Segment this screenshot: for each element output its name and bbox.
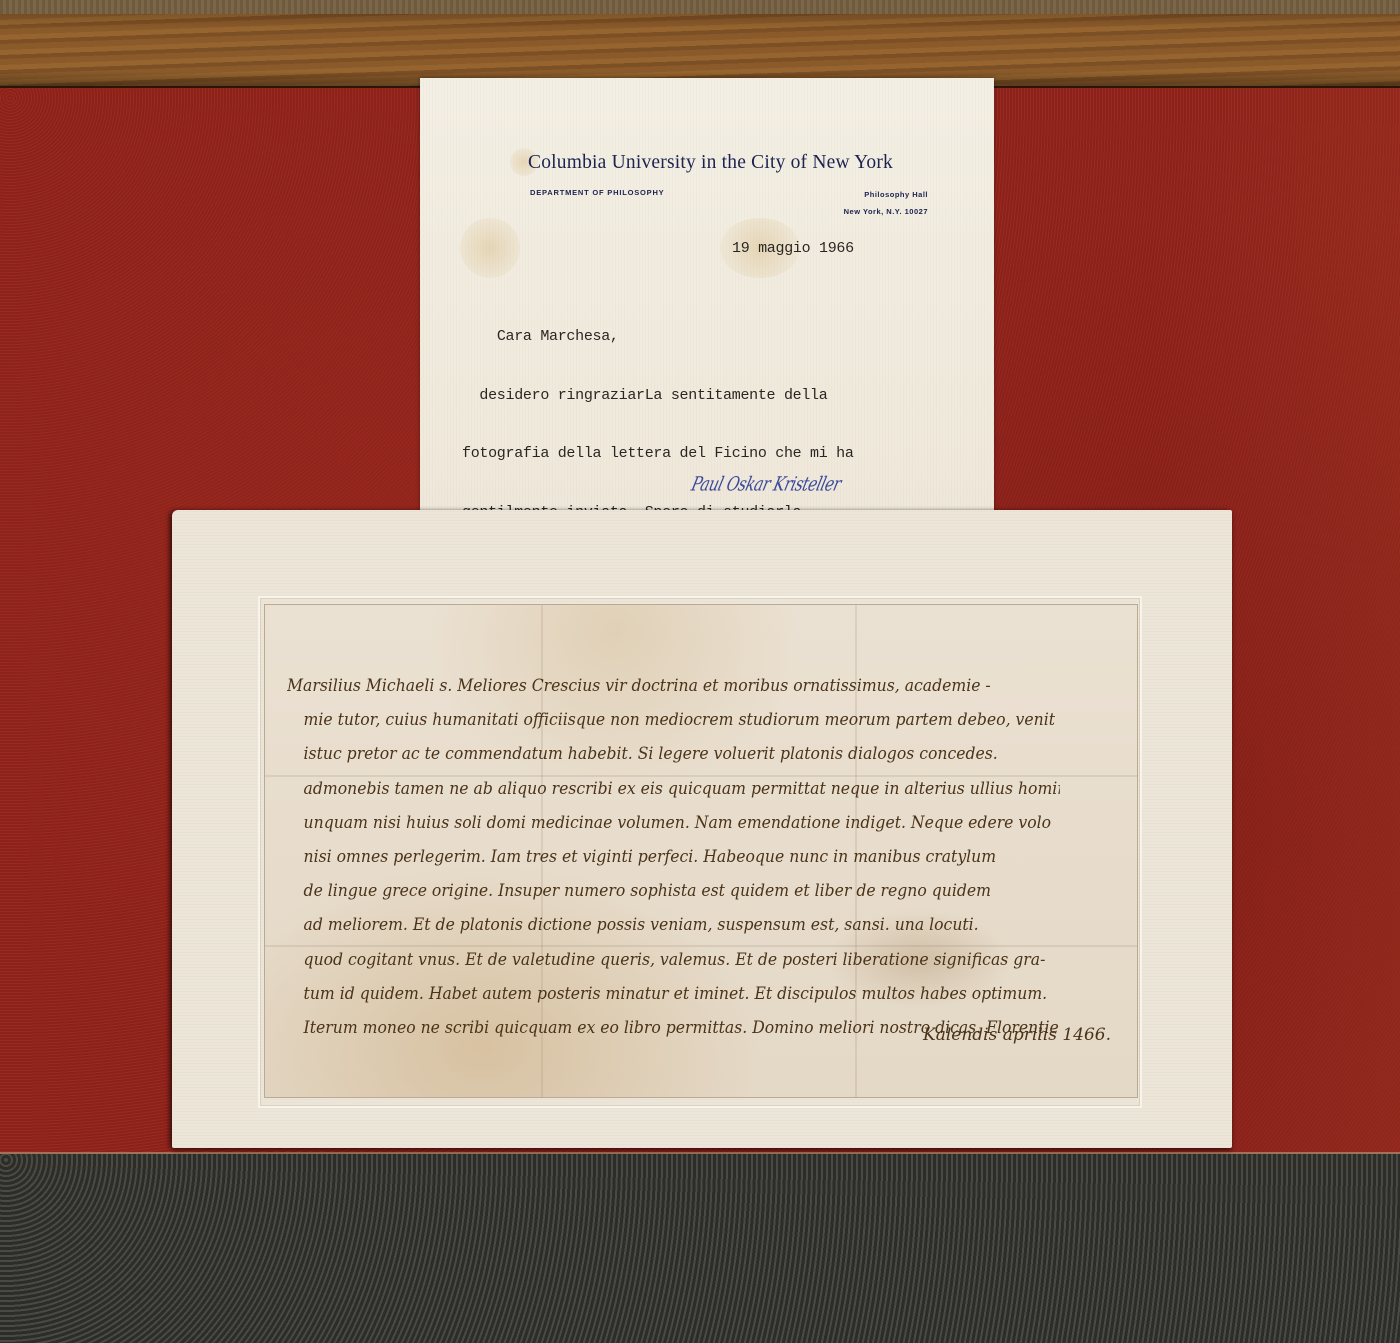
- salutation-text: Cara Marchesa,: [497, 328, 619, 345]
- manuscript-line: admonebis tamen ne ab aliquo rescribi ex…: [287, 772, 1060, 806]
- manuscript-text: Marsilius Michaeli s. Meliores Crescius …: [287, 669, 1060, 1045]
- manuscript-line: tum id quidem. Habet autem posteris mina…: [287, 977, 1060, 1011]
- paper-stain: [460, 218, 520, 278]
- manuscript-line: de lingue grece origine. Insuper numero …: [287, 874, 1060, 908]
- address-line-2: New York, N.Y. 10027: [844, 203, 928, 220]
- manuscript-line: Marsilius Michaeli s. Meliores Crescius …: [287, 669, 1060, 703]
- manuscript-line: mie tutor, cuius humanitati officiisque …: [287, 703, 1060, 737]
- signature: Paul Oskar Kristeller: [689, 472, 843, 495]
- letterhead-address: Philosophy Hall New York, N.Y. 10027: [844, 186, 928, 220]
- salutation: Cara Marchesa,: [462, 327, 871, 347]
- manuscript-line: quod cogitant vnus. Et de valetudine que…: [287, 943, 1060, 977]
- letter-date: 19 maggio 1966: [732, 240, 854, 257]
- ficino-manuscript: Marsilius Michaeli s. Meliores Crescius …: [264, 604, 1138, 1098]
- wooden-frame-rail: [0, 14, 1400, 88]
- manuscript-line: ad meliorem. Et de platonis dictione pos…: [287, 908, 1060, 942]
- manuscript-date: Kalendis aprilis 1466.: [923, 1025, 1111, 1045]
- body-line: fotografia della lettera del Ficino che …: [462, 444, 871, 464]
- manuscript-line: istuc pretor ac te commendatum habebit. …: [287, 737, 1060, 771]
- body-line: desidero ringraziarLa sentitamente della: [462, 386, 871, 406]
- manuscript-line: unquam nisi huius soli domi medicinae vo…: [287, 806, 1060, 840]
- manuscript-line: nisi omnes perlegerim. Iam tres et vigin…: [287, 840, 1060, 874]
- address-line-1: Philosophy Hall: [844, 186, 928, 203]
- letterhead-institution: Columbia University in the City of New Y…: [528, 152, 968, 174]
- typed-letter: Columbia University in the City of New Y…: [420, 78, 994, 518]
- letterhead-department: DEPARTMENT OF PHILOSOPHY: [530, 188, 664, 197]
- mount-board: Marsilius Michaeli s. Meliores Crescius …: [172, 510, 1232, 1148]
- textured-floor-mat: [0, 1152, 1400, 1343]
